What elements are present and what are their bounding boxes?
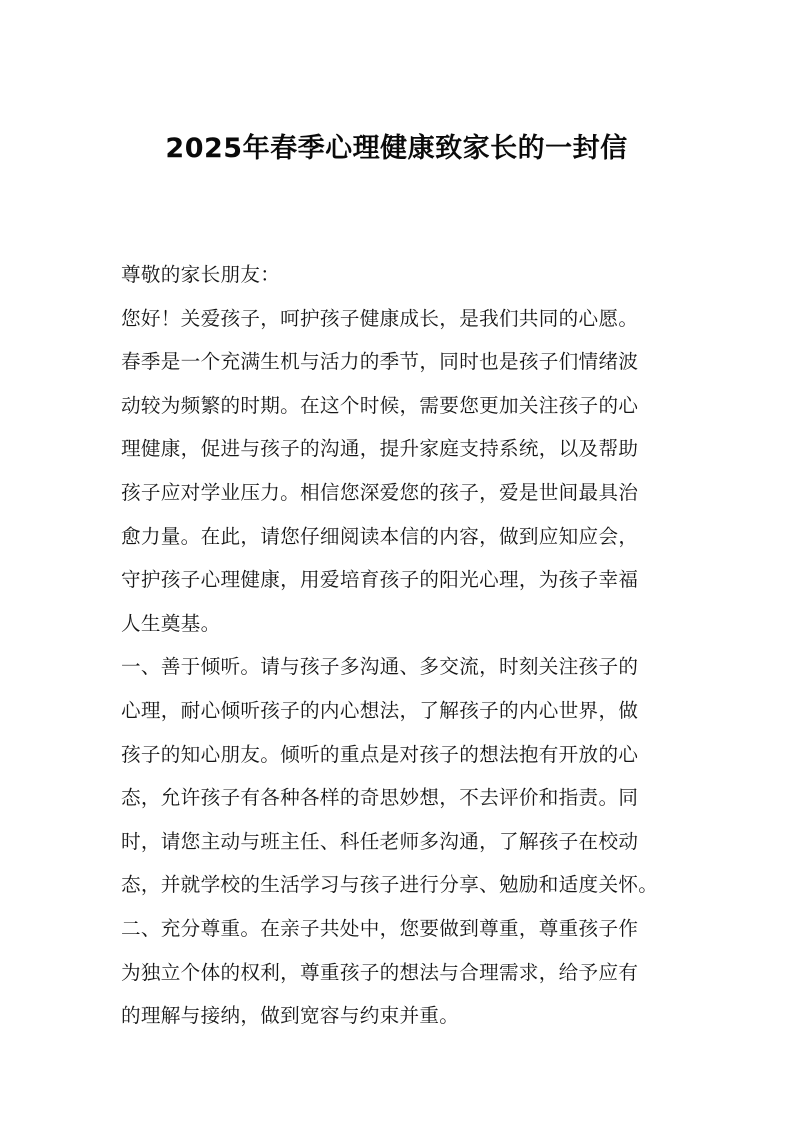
text-line: 心理，耐心倾听孩子的内心想法，了解孩子的内心世界，做: [121, 689, 681, 733]
text-line: 您好！关爱孩子，呵护孩子健康成长，是我们共同的心愿。: [121, 297, 681, 341]
salutation: 尊敬的家长朋友：: [121, 253, 681, 297]
text-line: 态，允许孩子有各种各样的奇思妙想，不去评价和指责。同: [121, 776, 681, 820]
text-line: 为独立个体的权利，尊重孩子的想法与合理需求，给予应有: [121, 951, 681, 995]
text-line: 的理解与接纳，做到宽容与约束并重。: [121, 994, 681, 1038]
text-line: 时，请您主动与班主任、科任老师多沟通，了解孩子在校动: [121, 820, 681, 864]
section-heading-line: 一、善于倾听。请与孩子多沟通、多交流，时刻关注孩子的: [121, 645, 681, 689]
document-title: 2025年春季心理健康致家长的一封信: [0, 128, 793, 170]
text-line: 愈力量。在此，请您仔细阅读本信的内容，做到应知应会，: [121, 515, 681, 559]
text-line: 人生奠基。: [121, 602, 681, 646]
text-line: 动较为频繁的时期。在这个时候，需要您更加关注孩子的心: [121, 384, 681, 428]
letter-body: 尊敬的家长朋友： 您好！关爱孩子，呵护孩子健康成长，是我们共同的心愿。 春季是一…: [121, 253, 681, 1038]
text-line: 春季是一个充满生机与活力的季节，同时也是孩子们情绪波: [121, 340, 681, 384]
text-line: 孩子的知心朋友。倾听的重点是对孩子的想法抱有开放的心: [121, 733, 681, 777]
section-heading-line: 二、充分尊重。在亲子共处中，您要做到尊重，尊重孩子作: [121, 907, 681, 951]
text-line: 孩子应对学业压力。相信您深爱您的孩子，爱是世间最具治: [121, 471, 681, 515]
text-line: 态，并就学校的生活学习与孩子进行分享、勉励和适度关怀。: [121, 863, 681, 907]
document-page: 2025年春季心理健康致家长的一封信 尊敬的家长朋友： 您好！关爱孩子，呵护孩子…: [0, 0, 793, 1122]
text-line: 守护孩子心理健康，用爱培育孩子的阳光心理，为孩子幸福: [121, 558, 681, 602]
text-line: 理健康，促进与孩子的沟通，提升家庭支持系统，以及帮助: [121, 427, 681, 471]
